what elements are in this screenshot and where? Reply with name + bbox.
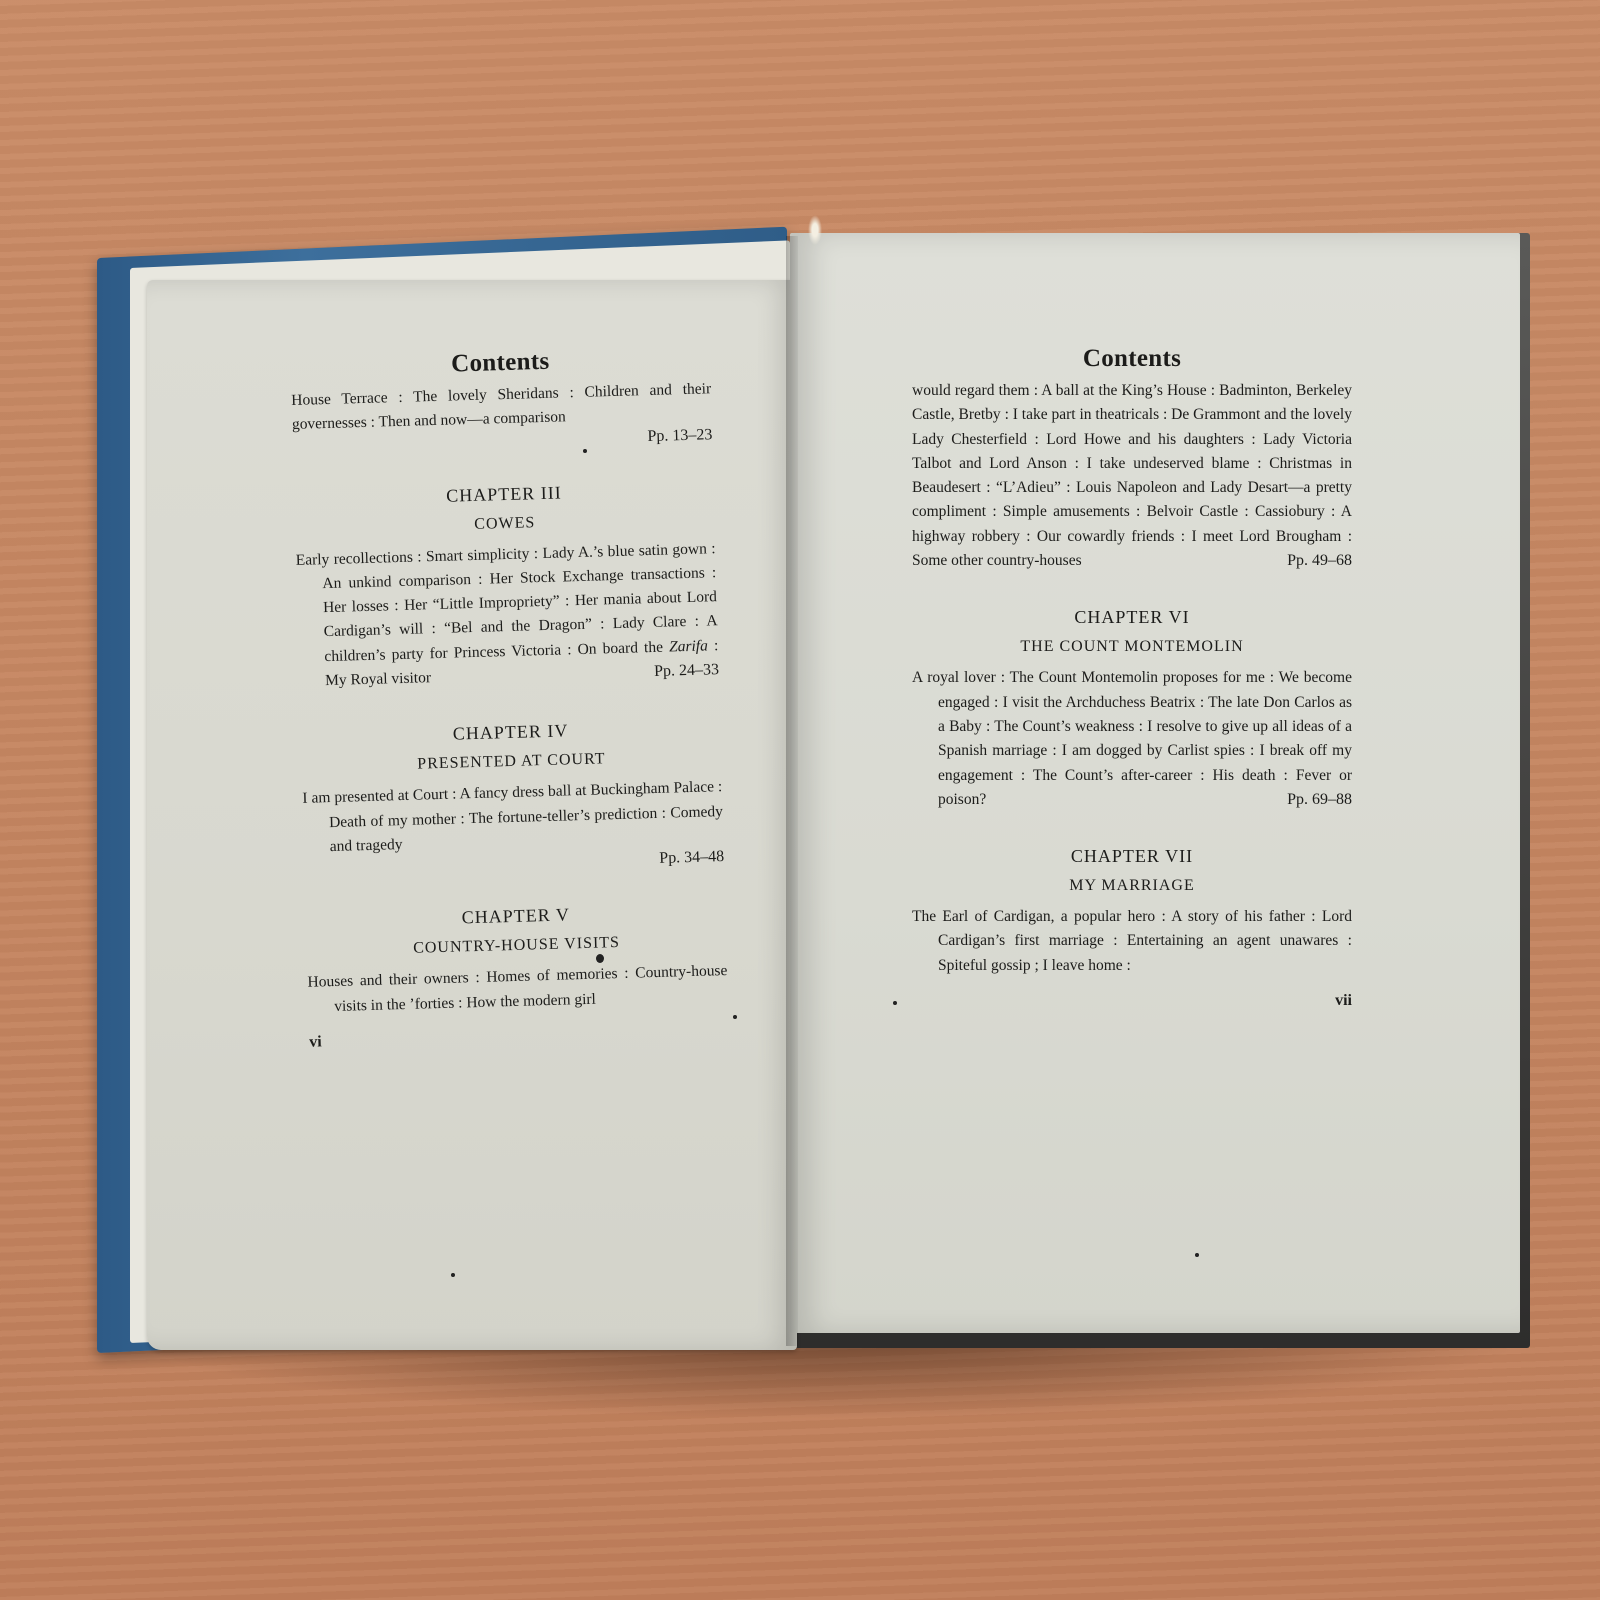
ink-speck [583,449,587,453]
continuation-summary: would regard them : A ball at the King’s… [912,379,1352,573]
chapter-summary: The Earl of Cardigan, a popular hero : A… [912,905,1352,978]
chapter-number: CHAPTER V [306,900,726,933]
chapter-entry: CHAPTER VI THE COUNT MONTEMOLIN A royal … [912,607,1352,812]
page-range: Pp. 24–33 [680,658,720,683]
chapter-entry: CHAPTER V COUNTRY-HOUSE VISITS Houses an… [306,900,729,1019]
ship-name: Zarifa [669,637,708,655]
chapter-entry: CHAPTER IV PRESENTED AT COURT I am prese… [300,717,724,879]
chapter-summary: A royal lover : The Count Montemolin pro… [912,666,1352,812]
ink-speck [893,1001,897,1005]
chapter-title: PRESENTED AT COURT [301,747,721,777]
page-range: Pp. 69–88 [1313,788,1352,812]
chapter-entry: CHAPTER VII MY MARRIAGE The Earl of Card… [912,846,1352,978]
ink-speck [596,954,604,963]
binding-thread [808,215,822,245]
chapter-summary: Houses and their owners : Homes of memor… [307,959,728,1019]
book-gutter [786,236,798,1346]
ink-speck [451,1273,455,1277]
page-number: vii [912,992,1352,1010]
chapter-entry: CHAPTER III COWES Early recollections : … [294,478,720,694]
chapter-summary: I am presented at Court : A fancy dress … [302,775,724,860]
page-range: Pp. 49–68 [1287,549,1352,573]
chapter-title: COUNTRY-HOUSE VISITS [306,931,726,961]
ink-speck [1195,1253,1199,1257]
chapter-summary: Early recollections : Smart simplicity :… [295,537,719,694]
ink-speck [733,1015,737,1019]
chapter-number: CHAPTER VI [912,607,1352,628]
chapter-title: MY MARRIAGE [912,877,1352,895]
right-page-contents: Contents would regard them : A ball at t… [912,345,1352,1010]
chapter-number: CHAPTER IV [300,717,720,750]
chapter-number: CHAPTER III [294,478,714,511]
chapter-title: COWES [295,509,715,539]
left-page-contents: Contents House Terrace : The lovely Sher… [290,343,729,1051]
chapter-title: THE COUNT MONTEMOLIN [912,638,1352,656]
page-header: Contents [912,345,1352,373]
chapter-number: CHAPTER VII [912,846,1352,867]
